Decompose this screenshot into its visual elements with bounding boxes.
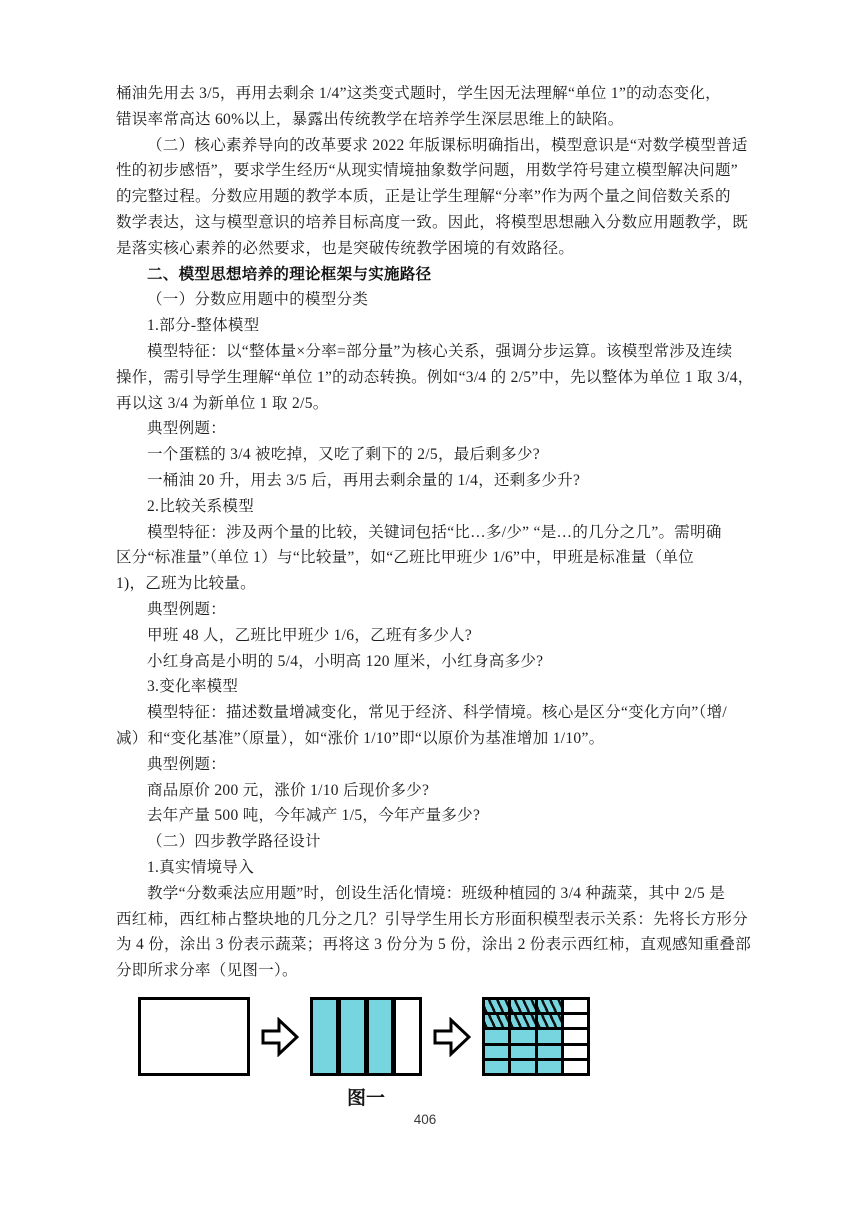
text-line: 去年产量 500 吨，今年减产 1/5，今年产量多少?: [116, 803, 761, 829]
blank-cell: [564, 1030, 587, 1042]
text-line: 教学“分数乘法应用题”时，创设生活化情境：班级种植园的 3/4 种蔬菜，其中 2…: [116, 881, 761, 907]
shaded-strip: [369, 1000, 397, 1073]
text-line: 1.部分-整体模型: [116, 313, 761, 339]
text-line: 甲班 48 人，乙班比甲班少 1/6，乙班有多少人?: [116, 623, 761, 649]
text-line: 减）和“变化基准”（原量），如“涨价 1/10”即“以原价为基准增加 1/10”…: [116, 726, 761, 752]
figure-step1-blank-rectangle: [138, 997, 250, 1076]
text-line: 模型特征：描述数量增减变化，常见于经济、科学情境。核心是区分“变化方向”（增/: [116, 700, 761, 726]
shaded-cell: [511, 1046, 534, 1058]
shaded-cell: [538, 1061, 561, 1073]
text-line: 的完整过程。分数应用题的教学本质，正是让学生理解“分率”作为两个量之间倍数关系的: [116, 184, 761, 210]
shaded-cell: [511, 1030, 534, 1042]
blank-cell: [564, 1015, 587, 1027]
overlap-hatched-cell: [511, 1000, 534, 1012]
shaded-cell: [538, 1030, 561, 1042]
text-line: 典型例题：: [116, 597, 761, 623]
page-number: 406: [0, 1112, 850, 1127]
arrow-right-icon: [433, 1017, 471, 1057]
blank-cell: [564, 1000, 587, 1012]
blank-cell: [564, 1046, 587, 1058]
figure-caption: 图一: [310, 1083, 422, 1110]
text-line: 典型例题：: [116, 752, 761, 778]
text-line: 西红柿，西红柿占整块地的几分之几？引导学生用长方形面积模型表示关系：先将长方形分: [116, 907, 761, 933]
text-line: 二、模型思想培养的理论框架与实施路径: [116, 262, 761, 288]
text-line: 数学表达，这与模型意识的培养目标高度一致。因此，将模型思想融入分数应用题教学，既: [116, 210, 761, 236]
text-line: 1.真实情境导入: [116, 855, 761, 881]
figure-step3-overlap-grid: [482, 997, 590, 1076]
overlap-hatched-cell: [485, 1015, 508, 1027]
text-line: 分即所求分率（见图一）。: [116, 958, 761, 984]
shaded-strip: [313, 1000, 341, 1073]
figure-one: [138, 997, 590, 1076]
document-body-text: 桶油先用去 3/5，再用去剩余 1/4”这类变式题时，学生因无法理解“单位 1”…: [116, 81, 761, 984]
text-line: （一）分数应用题中的模型分类: [116, 287, 761, 313]
text-line: 1)，乙班为比较量。: [116, 571, 761, 597]
blank-strip: [396, 1000, 419, 1073]
text-line: 性的初步感悟”，要求学生经历“从现实情境抽象数学问题，用数学符号建立模型解决问题…: [116, 158, 761, 184]
text-line: 典型例题：: [116, 416, 761, 442]
shaded-cell: [485, 1061, 508, 1073]
text-line: 商品原价 200 元，涨价 1/10 后现价多少?: [116, 778, 761, 804]
text-line: 模型特征：以“整体量×分率=部分量”为核心关系，强调分步运算。该模型常涉及连续: [116, 339, 761, 365]
text-line: 3.变化率模型: [116, 674, 761, 700]
text-line: 再以这 3/4 为新单位 1 取 2/5。: [116, 391, 761, 417]
overlap-hatched-cell: [538, 1000, 561, 1012]
text-line: 一个蛋糕的 3/4 被吃掉，又吃了剩下的 2/5，最后剩多少?: [116, 442, 761, 468]
shaded-cell: [511, 1061, 534, 1073]
text-line: 桶油先用去 3/5，再用去剩余 1/4”这类变式题时，学生因无法理解“单位 1”…: [116, 81, 761, 107]
overlap-hatched-cell: [538, 1015, 561, 1027]
shaded-strip: [341, 1000, 369, 1073]
text-line: （二）核心素养导向的改革要求 2022 年版课标明确指出，模型意识是“对数学模型…: [116, 133, 761, 159]
text-line: 错误率常高达 60%以上，暴露出传统教学在培养学生深层思维上的缺陷。: [116, 107, 761, 133]
text-line: 为 4 份，涂出 3 份表示蔬菜；再将这 3 份分为 5 份，涂出 2 份表示西…: [116, 932, 761, 958]
text-line: 是落实核心素养的必然要求，也是突破传统教学困境的有效路径。: [116, 236, 761, 262]
text-line: 模型特征：涉及两个量的比较，关键词包括“比…多/少” “是…的几分之几”。需明确: [116, 520, 761, 546]
blank-cell: [564, 1061, 587, 1073]
figure-step2-vertical-strips: [310, 997, 422, 1076]
text-line: （二）四步教学路径设计: [116, 829, 761, 855]
text-line: 小红身高是小明的 5/4，小明高 120 厘米，小红身高多少?: [116, 649, 761, 675]
arrow-right-icon: [261, 1017, 299, 1057]
text-line: 2.比较关系模型: [116, 494, 761, 520]
overlap-hatched-cell: [485, 1000, 508, 1012]
shaded-cell: [538, 1046, 561, 1058]
shaded-cell: [485, 1046, 508, 1058]
text-line: 区分“标准量”（单位 1）与“比较量”，如“乙班比甲班少 1/6”中，甲班是标准…: [116, 545, 761, 571]
text-line: 一桶油 20 升，用去 3/5 后，再用去剩余量的 1/4，还剩多少升?: [116, 468, 761, 494]
overlap-hatched-cell: [511, 1015, 534, 1027]
shaded-cell: [485, 1030, 508, 1042]
text-line: 操作，需引导学生理解“单位 1”的动态转换。例如“3/4 的 2/5”中，先以整…: [116, 365, 761, 391]
